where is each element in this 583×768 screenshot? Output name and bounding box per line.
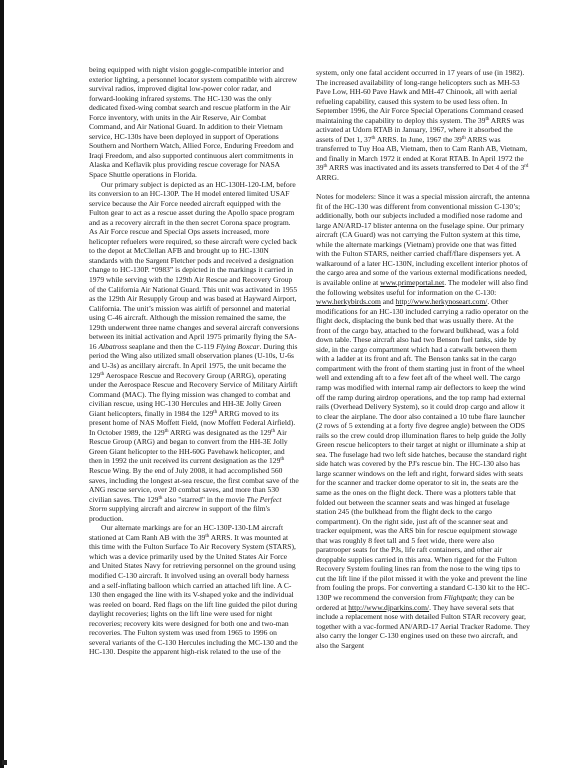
link-primeportal[interactable]: www.primeportal.net (380, 278, 444, 287)
paragraph-3: Our alternate markings are for an HC-130… (89, 523, 299, 657)
paragraph-5-notes-for-modelers: Notes for modelers: Since it was a speci… (316, 192, 530, 650)
link-herkybirds[interactable]: www.herkybirds.com (316, 297, 381, 306)
left-column: being equipped with night vision goggle-… (89, 65, 299, 657)
right-column: system, only one fatal accident occurred… (316, 68, 530, 650)
aircraft-name: Flying Boxcar (216, 342, 259, 351)
paragraph-1: being equipped with night vision goggle-… (89, 65, 299, 180)
scan-edge-bar (0, 0, 4, 768)
brand-name: Flightpath (444, 593, 476, 602)
paragraph-2: Our primary subject is depicted as an HC… (89, 180, 299, 524)
scan-edge-mark (2, 760, 7, 765)
paragraph-4: system, only one fatal accident occurred… (316, 68, 530, 183)
aircraft-name: Albatross (98, 342, 127, 351)
link-herkynoseart[interactable]: http://www.herkynoseart.com/ (396, 297, 488, 306)
link-djparkins[interactable]: http://www.djparkins.com/ (348, 603, 429, 612)
